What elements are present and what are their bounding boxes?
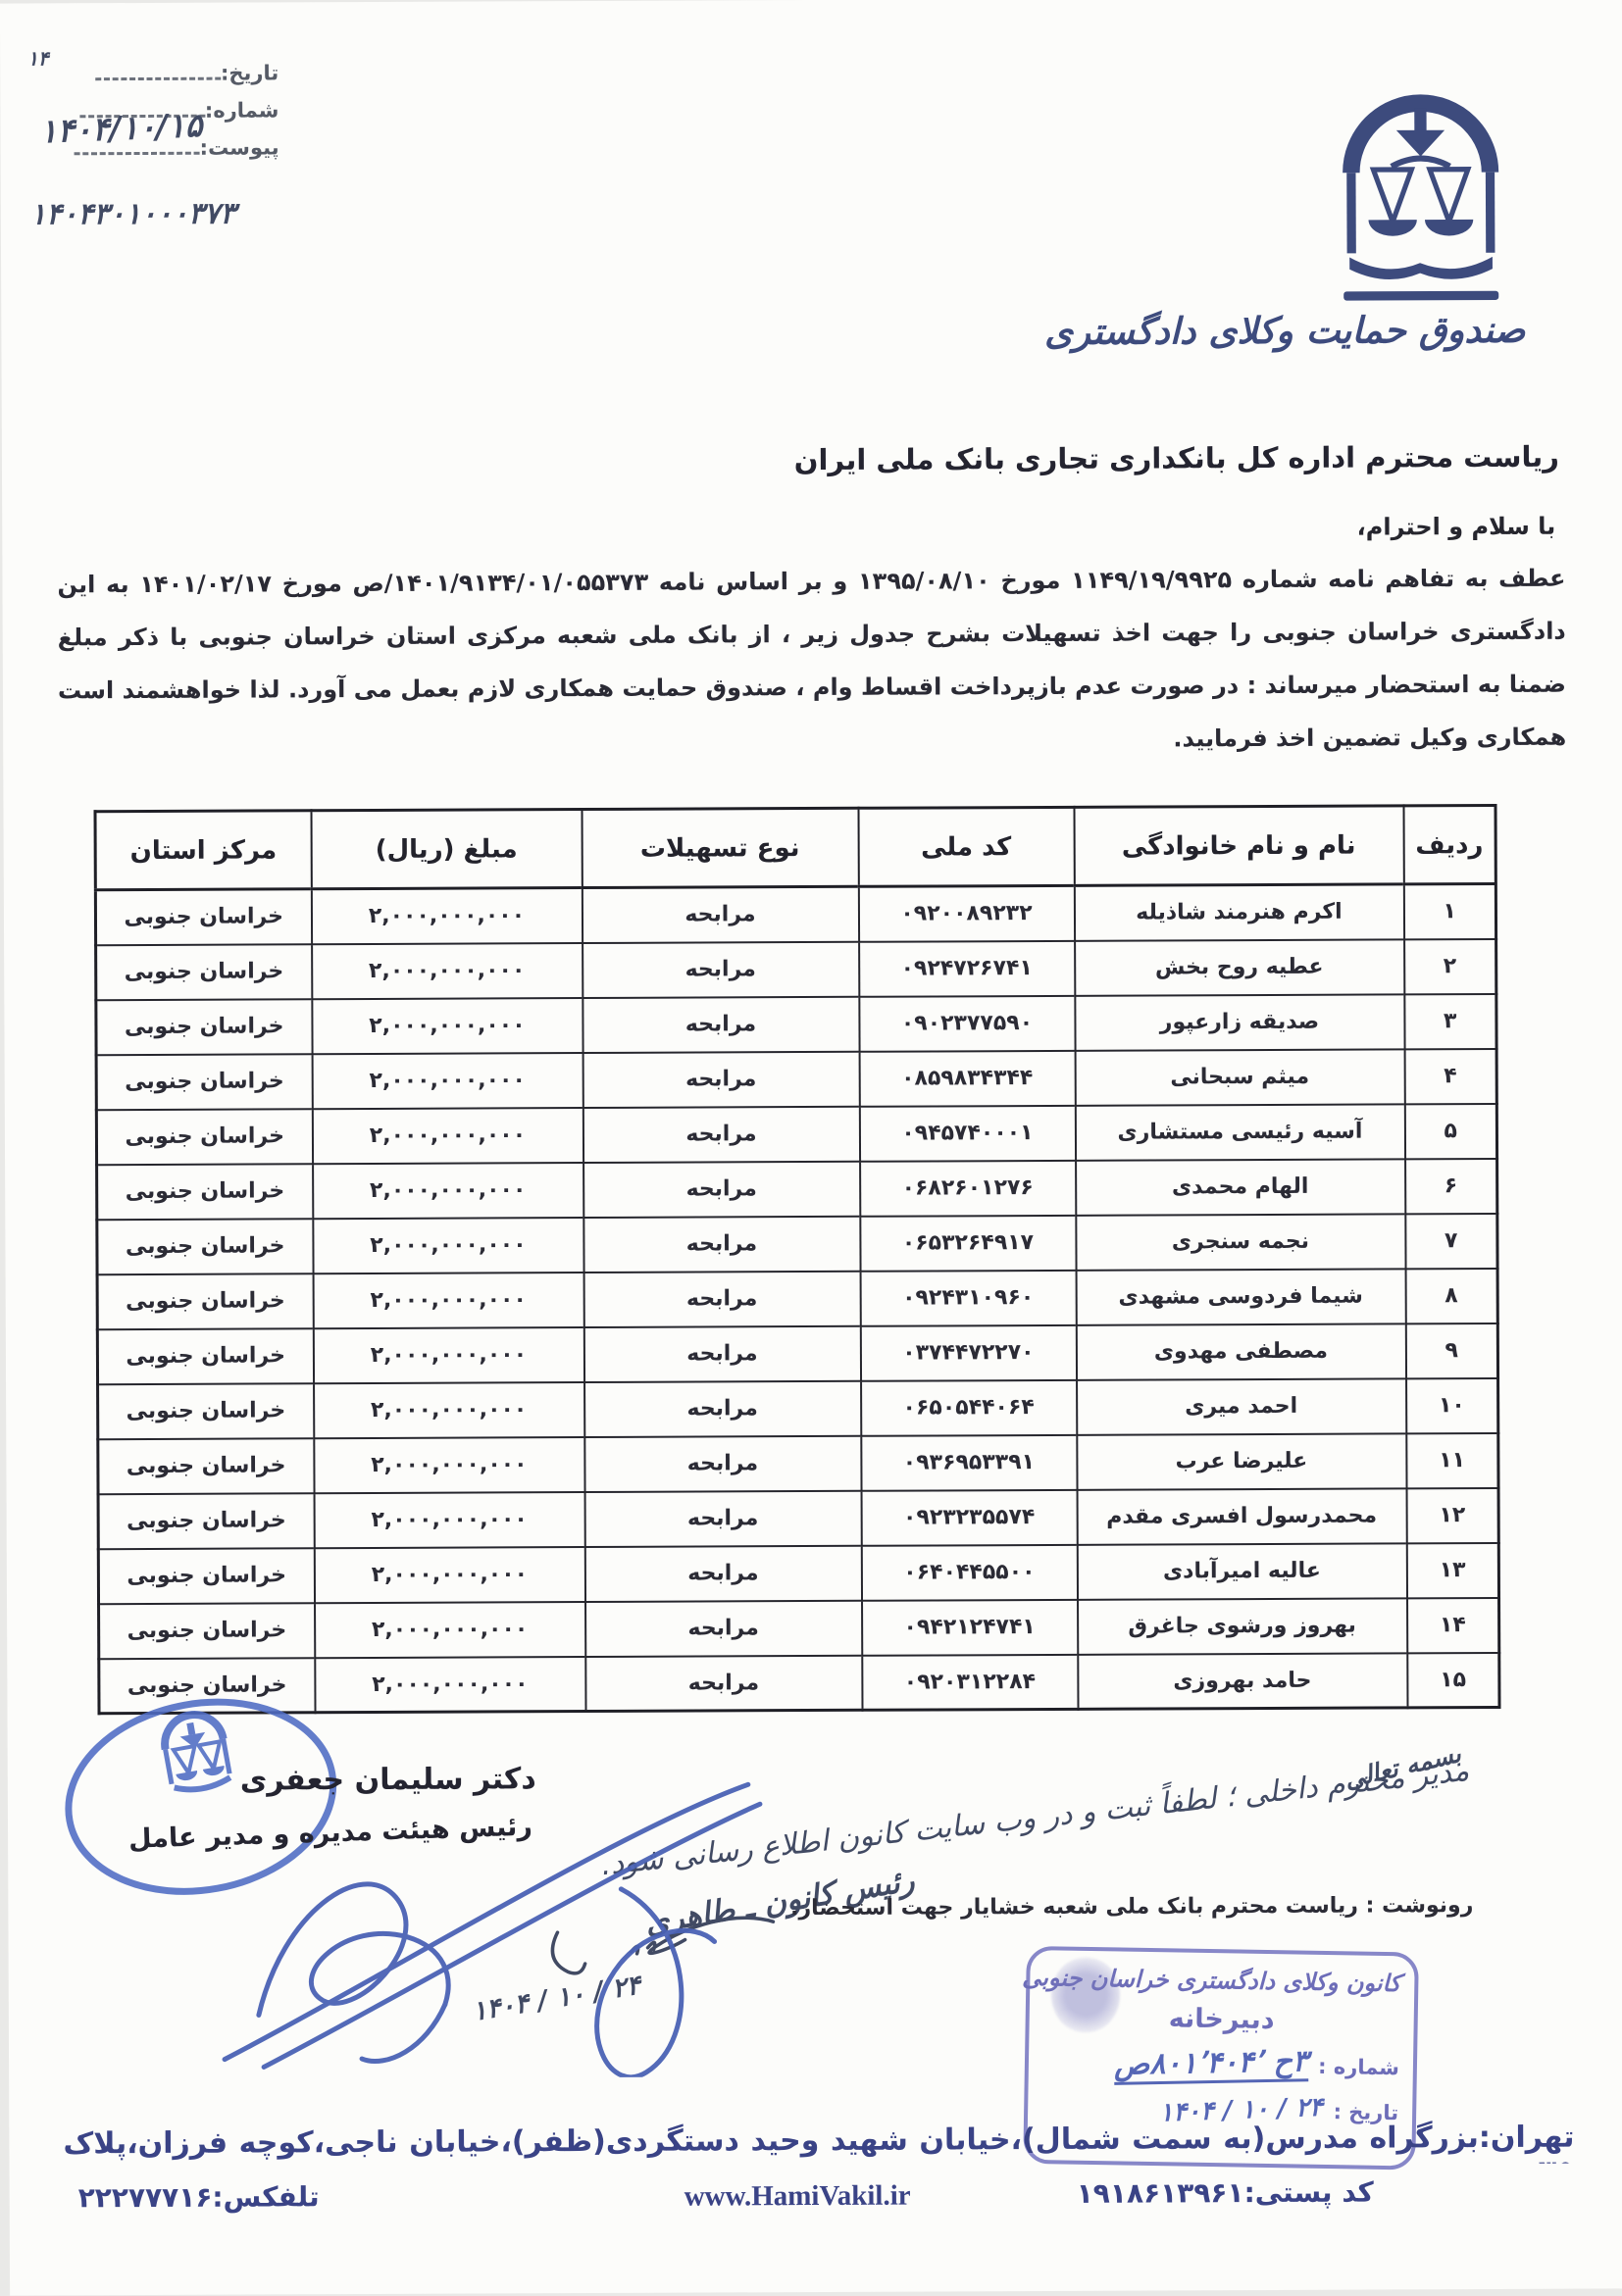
body-line: همکاری وکیل تضمین اخذ فرمایید.: [53, 711, 1561, 771]
cell-facility-type: مرابحه: [578, 941, 854, 997]
cell-row-number: ۶: [1400, 1158, 1493, 1213]
cell-full-name: علیرضا عرب: [1072, 1433, 1401, 1489]
footer-address: تهران:بزرگراه مدرس(به سمت شمال)،خیابان ش…: [58, 2121, 1569, 2171]
cell-facility-type: مرابحه: [580, 1490, 856, 1546]
oval-stamp-curved-text: صندوق حمایت وکلا و کارکنان دادگستری: [38, 1709, 48, 1729]
facilities-table-header: ردیف نام و نام خانوادگی کد ملی نوع تسهیل…: [90, 805, 1491, 889]
cell-full-name: اکرم هنرمند شاذیله: [1069, 884, 1398, 940]
table-row: ۴ میثم سبحانی ۰۸۵۹۸۳۴۳۴۴ مرابحه ۲,۰۰۰,۰۰…: [91, 1048, 1492, 1109]
reference-block: ۱۴ تاریخ: شماره: پیوست: ۱۴۰۴/۱۰/۱۵ ۱۴۰۴۳…: [28, 61, 274, 174]
salutation: با سلام و احترام،: [1352, 513, 1551, 541]
cell-facility-type: مرابحه: [579, 1161, 855, 1217]
table-row: ۹ مصطفی مهدوی ۰۳۷۴۴۷۲۲۷۰ مرابحه ۲,۰۰۰,۰۰…: [92, 1323, 1493, 1383]
cell-full-name: محمدرسول افسری مقدم: [1072, 1488, 1401, 1544]
cell-province-center: خراسان جنوبی: [91, 944, 307, 1000]
footer-telefax: تلفکس:۲۲۲۷۷۷۱۶: [74, 2180, 315, 2214]
header-province-center: مرکز استان: [90, 811, 306, 890]
cell-row-number: ۳: [1399, 993, 1492, 1048]
cell-amount: ۲,۰۰۰,۰۰۰,۰۰۰: [308, 1218, 579, 1273]
cell-row-number: ۱: [1398, 883, 1491, 938]
cell-full-name: میثم سبحانی: [1070, 1049, 1399, 1105]
cell-province-center: خراسان جنوبی: [92, 1273, 308, 1329]
table-row: ۵ آسیه رئیسی مستشاری ۰۹۴۵۷۴۰۰۰۱ مرابحه ۲…: [91, 1103, 1492, 1164]
header-full-name: نام و نام خانوادگی: [1069, 806, 1398, 885]
handwritten-date: ۱۴۰۴/۱۰/۱۵: [34, 106, 198, 150]
cell-province-center: خراسان جنوبی: [90, 889, 306, 945]
cell-amount: ۲,۰۰۰,۰۰۰,۰۰۰: [306, 888, 577, 944]
cell-row-number: ۱۳: [1401, 1542, 1494, 1597]
cell-province-center: خراسان جنوبی: [91, 999, 307, 1055]
cell-amount: ۲,۰۰۰,۰۰۰,۰۰۰: [309, 1492, 580, 1548]
table-row: ۸ شیما فردوسی مشهدی ۰۹۲۴۳۱۰۹۶۰ مرابحه ۲,…: [92, 1268, 1493, 1328]
cell-amount: ۲,۰۰۰,۰۰۰,۰۰۰: [308, 1327, 579, 1383]
scales-of-justice-icon: [1329, 72, 1502, 302]
cell-facility-type: مرابحه: [577, 886, 853, 942]
cell-facility-type: مرابحه: [580, 1380, 856, 1436]
cell-national-code: ۰۹۴۵۷۴۰۰۰۱: [854, 1105, 1070, 1161]
cell-full-name: حامد بهروزی: [1073, 1653, 1402, 1709]
cell-national-code: ۰۶۵۳۲۶۴۹۱۷: [855, 1215, 1071, 1271]
header-row-number: ردیف: [1398, 805, 1491, 883]
cell-national-code: ۰۶۸۲۶۰۱۲۷۶: [855, 1160, 1071, 1216]
facilities-table-body: ۱ اکرم هنرمند شاذیله ۰۹۲۰۰۸۹۲۳۲ مرابحه ۲…: [90, 883, 1495, 1713]
body-line: عطف به تفاهم نامه شماره ۱۱۴۹/۱۹/۹۹۲۵ مور…: [52, 552, 1560, 612]
table-row: ۱۰ احمد میری ۰۶۵۰۵۴۴۰۶۴ مرابحه ۲,۰۰۰,۰۰۰…: [93, 1377, 1494, 1438]
cell-national-code: ۰۶۴۰۴۴۵۵۰۰: [856, 1544, 1072, 1600]
cell-facility-type: مرابحه: [579, 1271, 855, 1326]
stamp-number-value: ۳ح ۸۰۱٬۴۰۴٬ص: [1109, 2044, 1304, 2085]
table-row: ۲ عطیه روح بخش ۰۹۲۴۷۲۶۷۴۱ مرابحه ۲,۰۰۰,۰…: [91, 938, 1492, 999]
cell-national-code: ۰۹۰۲۳۷۷۵۹۰: [854, 995, 1070, 1051]
cell-row-number: ۹: [1400, 1323, 1493, 1377]
cell-amount: ۲,۰۰۰,۰۰۰,۰۰۰: [307, 1108, 578, 1164]
cell-province-center: خراسان جنوبی: [91, 1109, 307, 1165]
cell-province-center: خراسان جنوبی: [93, 1548, 309, 1604]
table-row: ۱۳ عالیه امیرآبادی ۰۶۴۰۴۴۵۵۰۰ مرابحه ۲,۰…: [93, 1542, 1494, 1603]
number-label: شماره:: [200, 98, 275, 122]
letter-recipient-title: ریاست محترم اداره کل بانکداری تجاری بانک…: [789, 440, 1554, 476]
cell-full-name: مصطفی مهدوی: [1071, 1323, 1400, 1379]
table-row: ۶ الهام محمدی ۰۶۸۲۶۰۱۲۷۶ مرابحه ۲,۰۰۰,۰۰…: [92, 1158, 1493, 1219]
cell-facility-type: مرابحه: [578, 996, 854, 1052]
table-row: ۳ صدیقه زارعپور ۰۹۰۲۳۷۷۵۹۰ مرابحه ۲,۰۰۰,…: [91, 993, 1492, 1054]
cell-national-code: ۰۹۲۳۲۳۵۵۷۴: [856, 1489, 1072, 1545]
cell-national-code: ۰۹۳۶۹۵۳۳۹۱: [856, 1434, 1072, 1490]
cell-facility-type: مرابحه: [581, 1655, 857, 1711]
cell-national-code: ۰۹۲۴۷۲۶۷۴۱: [854, 940, 1070, 996]
cell-national-code: ۰۹۲۴۳۱۰۹۶۰: [855, 1270, 1071, 1325]
cell-full-name: آسیه رئیسی مستشاری: [1070, 1104, 1399, 1160]
table-row: ۱۱ علیرضا عرب ۰۹۳۶۹۵۳۳۹۱ مرابحه ۲,۰۰۰,۰۰…: [93, 1432, 1494, 1493]
cell-full-name: نجمه سنجری: [1071, 1214, 1400, 1270]
header-amount: مبلغ (ریال): [306, 810, 577, 889]
attachment-label: پیوست:: [195, 135, 275, 159]
cell-amount: ۲,۰۰۰,۰۰۰,۰۰۰: [309, 1437, 580, 1493]
attachment-dashes: [70, 152, 195, 156]
header-national-code: کد ملی: [853, 807, 1069, 886]
cell-facility-type: مرابحه: [579, 1216, 855, 1272]
cell-province-center: خراسان جنوبی: [93, 1383, 309, 1439]
cell-national-code: ۰۹۴۲۱۲۴۷۴۱: [857, 1599, 1073, 1655]
cell-row-number: ۴: [1399, 1048, 1492, 1103]
cell-full-name: بهروز ورشوی جاغرق: [1073, 1598, 1402, 1654]
cell-row-number: ۱۱: [1401, 1432, 1494, 1487]
cell-full-name: شیما فردوسی مشهدی: [1071, 1269, 1400, 1324]
cell-full-name: عالیه امیرآبادی: [1072, 1543, 1401, 1599]
cell-row-number: ۱۲: [1401, 1487, 1494, 1542]
cell-amount: ۲,۰۰۰,۰۰۰,۰۰۰: [309, 1382, 580, 1438]
date-line: تاریخ:: [28, 61, 274, 85]
cell-facility-type: مرابحه: [579, 1325, 855, 1381]
cell-facility-type: مرابحه: [580, 1545, 856, 1601]
cell-row-number: ۱۰: [1401, 1377, 1494, 1432]
body-line: دادگستری خراسان جنوبی را جهت اخذ تسهیلات…: [53, 605, 1561, 665]
cell-province-center: خراسان جنوبی: [91, 1054, 307, 1110]
cell-facility-type: مرابحه: [580, 1435, 856, 1491]
cell-row-number: ۸: [1400, 1268, 1493, 1323]
header-facility-type: نوع تسهیلات: [577, 808, 853, 887]
cell-facility-type: مرابحه: [578, 1051, 854, 1107]
cell-province-center: خراسان جنوبی: [93, 1438, 309, 1494]
date-dashes: [90, 77, 216, 81]
cell-national-code: ۰۳۷۴۴۷۲۲۷۰: [855, 1324, 1071, 1380]
cell-amount: ۲,۰۰۰,۰۰۰,۰۰۰: [309, 1547, 580, 1603]
cell-amount: ۲,۰۰۰,۰۰۰,۰۰۰: [307, 943, 578, 999]
stamp-number-row: شماره : ۳ح ۸۰۱٬۴۰۴٬ص: [1038, 2043, 1395, 2086]
footer-website: www.HamiVakil.ir: [680, 2180, 906, 2214]
handwritten-partial-date: ۱۴: [23, 46, 44, 70]
body-line: ضمنا به استحضار میرساند : در صورت عدم با…: [53, 658, 1561, 718]
cell-province-center: خراسان جنوبی: [92, 1328, 308, 1384]
cell-full-name: الهام محمدی: [1071, 1159, 1400, 1215]
cell-facility-type: مرابحه: [581, 1600, 857, 1656]
cell-province-center: خراسان جنوبی: [93, 1493, 309, 1549]
scanned-letter-page: ۱۴ تاریخ: شماره: پیوست: ۱۴۰۴/۱۰/۱۵ ۱۴۰۴۳…: [0, 0, 1622, 2296]
table-row: ۱ اکرم هنرمند شاذیله ۰۹۲۰۰۸۹۲۳۲ مرابحه ۲…: [90, 883, 1491, 944]
table-row: ۷ نجمه سنجری ۰۶۵۳۲۶۴۹۱۷ مرابحه ۲,۰۰۰,۰۰۰…: [92, 1213, 1493, 1273]
facilities-table: ردیف نام و نام خانوادگی کد ملی نوع تسهیل…: [88, 804, 1495, 1715]
letter-body: عطف به تفاهم نامه شماره ۱۱۴۹/۱۹/۹۹۲۵ مور…: [52, 552, 1561, 771]
cell-amount: ۲,۰۰۰,۰۰۰,۰۰۰: [308, 1273, 579, 1328]
footer-postal-code: کد پستی:۱۹۱۸۶۱۳۹۶۱: [1072, 2176, 1369, 2210]
org-logo: [1325, 72, 1502, 306]
cell-full-name: احمد میری: [1072, 1378, 1401, 1434]
cell-row-number: ۱۵: [1402, 1652, 1495, 1707]
cell-national-code: ۰۸۵۹۸۳۴۳۴۴: [854, 1050, 1070, 1106]
cell-province-center: خراسان جنوبی: [94, 1603, 310, 1659]
cell-row-number: ۷: [1400, 1213, 1493, 1268]
org-name: صندوق حمایت وکلای دادگستری: [1177, 309, 1520, 353]
cell-amount: ۲,۰۰۰,۰۰۰,۰۰۰: [307, 1053, 578, 1109]
cell-amount: ۲,۰۰۰,۰۰۰,۰۰۰: [310, 1602, 581, 1658]
cell-row-number: ۵: [1399, 1103, 1492, 1158]
table-row: ۱۴ بهروز ورشوی جاغرق ۰۹۴۲۱۲۴۷۴۱ مرابحه ۲…: [94, 1597, 1495, 1658]
date-label: تاریخ:: [216, 61, 274, 84]
cell-full-name: صدیقه زارعپور: [1070, 994, 1399, 1050]
cell-national-code: ۰۶۵۰۵۴۴۰۶۴: [856, 1379, 1072, 1435]
ceo-signature: [194, 1772, 774, 2079]
cell-province-center: خراسان جنوبی: [92, 1219, 308, 1274]
stamp-number-label: شماره :: [1313, 2055, 1394, 2079]
cell-facility-type: مرابحه: [578, 1106, 854, 1162]
cell-national-code: ۰۹۲۰۰۸۹۲۳۲: [853, 885, 1069, 941]
cell-national-code: ۰۹۲۰۳۱۲۲۸۴: [857, 1654, 1073, 1710]
cell-row-number: ۱۴: [1402, 1597, 1495, 1652]
cell-amount: ۲,۰۰۰,۰۰۰,۰۰۰: [310, 1657, 581, 1713]
cell-amount: ۲,۰۰۰,۰۰۰,۰۰۰: [307, 998, 578, 1054]
cell-amount: ۲,۰۰۰,۰۰۰,۰۰۰: [308, 1163, 579, 1219]
table-row: ۱۲ محمدرسول افسری مقدم ۰۹۲۳۲۳۵۵۷۴ مرابحه…: [93, 1487, 1494, 1548]
cell-province-center: خراسان جنوبی: [92, 1164, 308, 1220]
cell-full-name: عطیه روح بخش: [1070, 939, 1399, 995]
copy-to-note: رونوشت : ریاست محترم بانک ملی شعبه خشایا…: [913, 1893, 1468, 1920]
handwritten-letter-number: ۱۴۰۴۳۰۱۰۰۰۳۷۳: [25, 197, 231, 232]
cell-row-number: ۲: [1399, 938, 1492, 993]
